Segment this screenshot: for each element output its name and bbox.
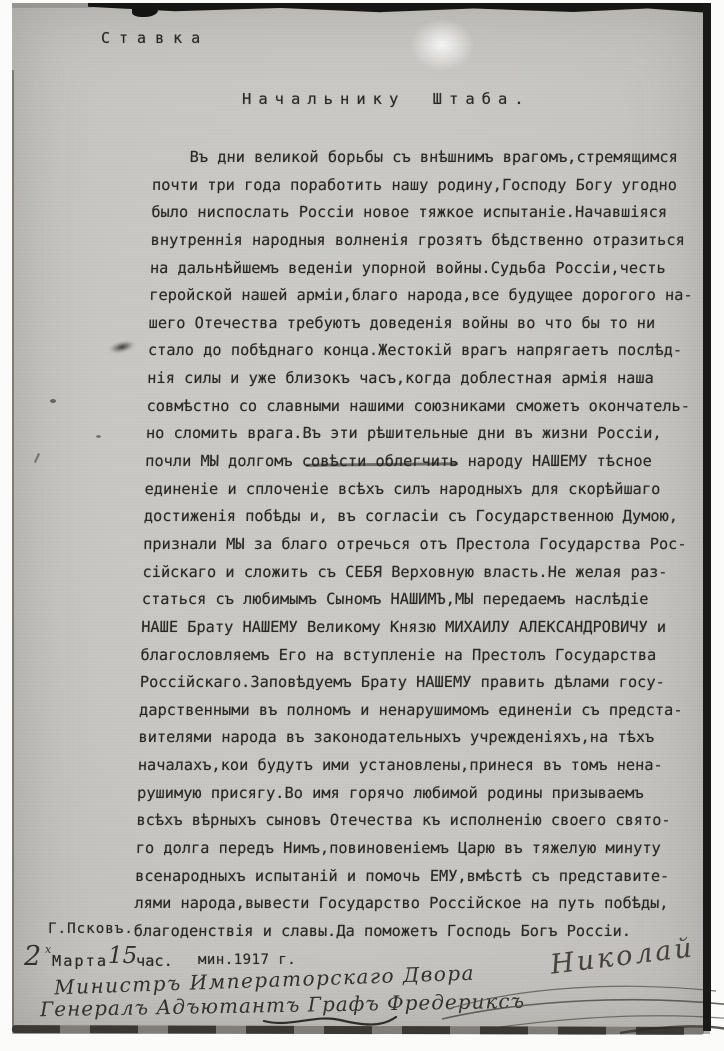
typed-line: на дальнѣйшемъ веденіи упорной войны.Суд… — [150, 255, 717, 283]
typed-line: статься съ любимымъ Сыномъ НАШИМЪ,МЫ пер… — [142, 586, 709, 614]
date-day-handwritten: 2 — [24, 941, 41, 972]
typed-line: совмѣстно со славными нашими союзниками … — [146, 393, 713, 421]
typed-line: но сломить врага.Въ эти рѣшительные дни … — [146, 420, 713, 448]
photo-edge-top-lead — [12, 3, 92, 8]
typed-line: рушимую присягу.Во имя горячо любимой ро… — [137, 780, 704, 808]
place-line: Г.Псковъ. — [48, 921, 134, 937]
typed-line: сійскаго и сложить съ СЕБЯ Верховную вла… — [142, 559, 709, 587]
date-hour-unit: час. — [136, 952, 173, 970]
typed-line: НАШЕ Брату НАШЕМУ Великому Князю МИХАИЛУ… — [141, 614, 708, 642]
typed-line: дарственными въ полномъ и ненарушимомъ е… — [139, 697, 706, 725]
date-month: Марта — [52, 952, 108, 970]
typed-line: Россійскаго.Заповѣдуемъ Брату НАШЕМУ пра… — [139, 669, 706, 697]
photo-edge-left — [12, 70, 14, 1026]
date-hour-handwritten: 15 — [108, 943, 137, 969]
date-day-mark: х — [45, 943, 51, 956]
typed-line: стало до побѣднаго конца.Жестокій врагъ … — [148, 337, 715, 365]
header-stavka: Ставка — [101, 29, 209, 47]
typed-line: единеніе и сплоченіе всѣхъ силъ народных… — [144, 476, 711, 504]
paper-light-spot — [410, 19, 474, 71]
typed-line: началахъ,кои будутъ ими установлены,прин… — [137, 752, 704, 780]
typed-line: геройской нашей арміи,благо народа,все б… — [149, 282, 716, 310]
ink-smudge — [107, 338, 137, 356]
paper-speck — [34, 453, 40, 463]
typed-line: достиженія побѣды и, въ согласіи съ Госу… — [144, 503, 711, 531]
typed-line: всенародныхъ испытаній и помочь ЕМУ,вмѣс… — [135, 863, 702, 891]
typed-line: нія силы и уже близокъ часъ,когда доблес… — [147, 365, 714, 393]
photo-canvas: Ставка Начальнику Штаба. Въ дни великой … — [0, 0, 724, 1051]
typed-line: было ниспослать Россіи новое тяжкое испы… — [151, 199, 718, 227]
typed-line: Въ дни великой борьбы съ внѣшнимъ врагом… — [152, 144, 719, 172]
paper-speck — [50, 399, 56, 403]
typed-line: признали МЫ за благо отречься отъ Престо… — [143, 531, 710, 559]
typed-line: вителями народа въ законодательныхъ учре… — [138, 724, 705, 752]
manifesto-body: Въ дни великой борьбы съ внѣшнимъ врагом… — [133, 144, 719, 946]
date-minute-unit: мин. — [198, 952, 234, 968]
addressee-line: Начальнику Штаба. — [242, 90, 531, 108]
document-paper: Ставка Начальнику Штаба. Въ дни великой … — [12, 3, 710, 1034]
date-year: 1917 г. — [234, 952, 297, 968]
typed-line: всѣхъ вѣрныхъ сыновъ Отечества къ исполн… — [136, 807, 703, 835]
photo-edge-right — [703, 3, 711, 1031]
typed-line: внутреннія народныя волненія грозятъ бѣд… — [150, 227, 717, 255]
typed-line: почти три года поработить нашу родину,Го… — [152, 172, 719, 200]
date-minute-year: мин.1917 г. — [198, 952, 296, 968]
paper-speck — [96, 435, 101, 438]
typed-line: шего Отечества требуютъ доведенія войны … — [148, 310, 715, 338]
typed-line: лями народа,вывести Государство Россійск… — [134, 890, 701, 918]
typed-line: благословляемъ Его на вступленіе на Прес… — [140, 642, 707, 670]
typed-line: го долга передъ Нимъ,повиновеніемъ Царю … — [135, 835, 702, 863]
